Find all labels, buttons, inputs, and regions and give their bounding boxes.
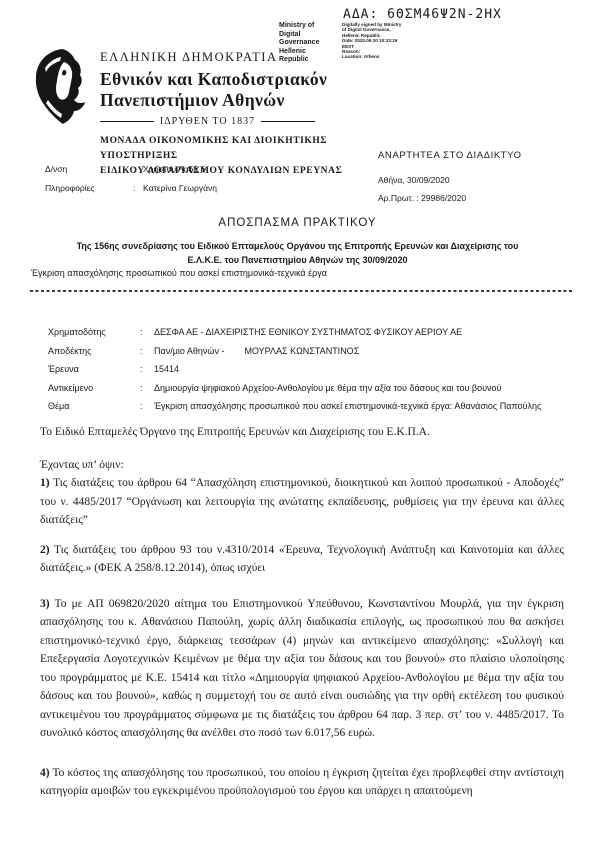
field-row-object: Αντικείμενο : Δημιουργία ψηφιακού Αρχείο…: [48, 382, 560, 395]
university-name-line2: Πανεπιστήμιον Αθηνών: [100, 90, 380, 111]
ada-label: ΑΔΑ:: [343, 7, 378, 22]
field-label: Χρηματοδότης: [48, 326, 140, 339]
address-row: Δ/νση : Χρήστου Λαδά 6: [45, 164, 305, 174]
ada-code: ΑΔΑ: 6ΘΣΜ46Ψ2Ν-2ΗΧ: [343, 7, 502, 22]
subject-heading: Έγκριση απασχόλησης προσωπικού που ασκεί…: [31, 268, 327, 278]
field-row-funder: Χρηματοδότης : ΔΕΣΦΑ ΑΕ - ΔΙΑΧΕΙΡΙΣΤΗΣ Ε…: [48, 326, 560, 339]
session-subtitle: Της 156ης συνεδρίασης του Ειδικού Επταμε…: [40, 240, 555, 267]
field-value: 15414: [154, 363, 560, 376]
paragraph-4: 4) Το κόστος της απασχόλησης του προσωπι…: [40, 764, 564, 801]
paragraph-4-text: Το κόστος της απασχόλησης του προσωπικού…: [40, 767, 564, 798]
field-label: Αντικείμενο: [48, 382, 140, 395]
session-line1: Της 156ης συνεδρίασης του Ειδικού Επταμε…: [40, 240, 555, 254]
founded-rule-left: [100, 121, 154, 122]
field-row-research: Έρευνα : 15414: [48, 363, 560, 376]
paragraph-2: 2) Τις διατάξεις του άρθρου 93 του ν.431…: [40, 541, 564, 578]
field-row-topic: Θέμα : Έγκριση απασχόλησης προσωπικού πο…: [48, 400, 560, 413]
paragraph-1-number: 1): [40, 477, 50, 489]
field-value: Δημιουργία ψηφιακού Αρχείου-Ανθολογίου μ…: [154, 382, 560, 395]
field-value: ΔΕΣΦΑ ΑΕ - ΔΙΑΧΕΙΡΙΣΤΗΣ ΕΘΝΙΚΟΥ ΣΥΣΤΗΜΑΤ…: [154, 326, 560, 339]
info-label: Πληροφορίες: [45, 183, 133, 193]
founded-text: ΙΔΡΥΘΕΝ ΤΟ 1837: [154, 116, 261, 127]
web-posting-label: ΑΝΑΡΤΗΤΕΑ ΣΤΟ ΔΙΑΔΙΚΤΥΟ: [378, 150, 522, 161]
paragraph-1: 1) Τις διατάξεις του άρθρου 64 “Απασχόλη…: [40, 474, 564, 530]
address-label: Δ/νση: [45, 164, 133, 174]
info-row: Πληροφορίες : Κατερίνα Γεωργάνη: [45, 183, 305, 193]
paragraph-3-text: Το με ΑΠ 069820/2020 αίτημα του Επιστημο…: [40, 598, 564, 740]
field-colon: :: [140, 326, 154, 339]
field-label: Θέμα: [48, 400, 140, 413]
unit-line1: ΜΟΝΑΔΑ ΟΙΚΟΝΟΜΙΚΗΣ ΚΑΙ ΔΙΟΙΚΗΤΙΚΗΣ ΥΠΟΣΤ…: [100, 134, 380, 164]
paragraph-3-number: 3): [40, 598, 50, 610]
field-colon: :: [140, 363, 154, 376]
info-value: Κατερίνα Γεωργάνη: [143, 183, 305, 193]
founded-rule-right: [261, 121, 315, 122]
city-date: Αθήνα, 30/09/2020: [378, 175, 522, 185]
paragraph-2-number: 2): [40, 544, 50, 556]
paragraph-2-text: Τις διατάξεις του άρθρου 93 του ν.4310/2…: [40, 544, 564, 575]
document-page: ΑΔΑ: 6ΘΣΜ46Ψ2Ν-2ΗΧ Ministry of Digital G…: [0, 0, 595, 841]
hellenic-republic-title: ΕΛΛΗΝΙΚΗ ΔΗΜΟΚΡΑΤΙΑ: [100, 50, 380, 65]
paragraph-1-text: Τις διατάξεις του άρθρου 64 “Απασχόληση …: [40, 477, 564, 526]
field-row-recipient: Αποδέκτης : Παν/μιο Αθηνών - ΜΟΥΡΛΑΣ ΚΩΝ…: [48, 345, 560, 358]
protocol-number: Αρ.Πρωτ. : 29986/2020: [378, 193, 522, 203]
field-colon: :: [140, 400, 154, 413]
info-colon: :: [133, 183, 143, 193]
having-regard: Έχοντας υπ’ όψιν:: [40, 456, 564, 475]
body-intro: Το Ειδικό Επταμελές Όργανο της Επιτροπής…: [40, 423, 564, 442]
ada-value: 6ΘΣΜ46Ψ2Ν-2ΗΧ: [387, 7, 502, 22]
university-emblem-logo: [33, 48, 91, 126]
extract-title: ΑΠΟΣΠΑΣΜΑ ΠΡΑΚΤΙΚΟΥ: [0, 217, 595, 229]
founded-line: ΙΔΡΥΘΕΝ ΤΟ 1837: [100, 116, 315, 127]
address-value: Χρήστου Λαδά 6: [143, 164, 305, 174]
paragraph-4-number: 4): [40, 767, 50, 779]
masthead: ΕΛΛΗΝΙΚΗ ΔΗΜΟΚΡΑΤΙΑ Εθνικόν και Καποδιστ…: [100, 50, 380, 179]
university-name-line1: Εθνικόν και Καποδιστριακόν: [100, 69, 380, 90]
contact-block: Δ/νση : Χρήστου Λαδά 6 Πληροφορίες : Κατ…: [45, 164, 305, 202]
field-colon: :: [140, 345, 154, 358]
field-label: Αποδέκτης: [48, 345, 140, 358]
session-line2: Ε.Λ.Κ.Ε. του Πανεπιστημίου Αθηνών της 30…: [40, 254, 555, 268]
field-value: Έγκριση απασχόλησης προσωπικού που ασκεί…: [154, 400, 560, 413]
field-label: Έρευνα: [48, 363, 140, 376]
field-colon: :: [140, 382, 154, 395]
dashed-separator: [30, 290, 572, 292]
paragraph-3: 3) Το με ΑΠ 069820/2020 αίτημα του Επιστ…: [40, 595, 564, 743]
address-colon: :: [133, 164, 143, 174]
field-value: Παν/μιο Αθηνών - ΜΟΥΡΛΑΣ ΚΩΝΣΤΑΝΤΙΝΟΣ: [154, 345, 560, 358]
fields-table: Χρηματοδότης : ΔΕΣΦΑ ΑΕ - ΔΙΑΧΕΙΡΙΣΤΗΣ Ε…: [48, 326, 560, 419]
document-body: Το Ειδικό Επταμελές Όργανο της Επιτροπής…: [40, 423, 564, 801]
meta-block: ΑΝΑΡΤΗΤΕΑ ΣΤΟ ΔΙΑΔΙΚΤΥΟ Αθήνα, 30/09/202…: [378, 150, 522, 203]
